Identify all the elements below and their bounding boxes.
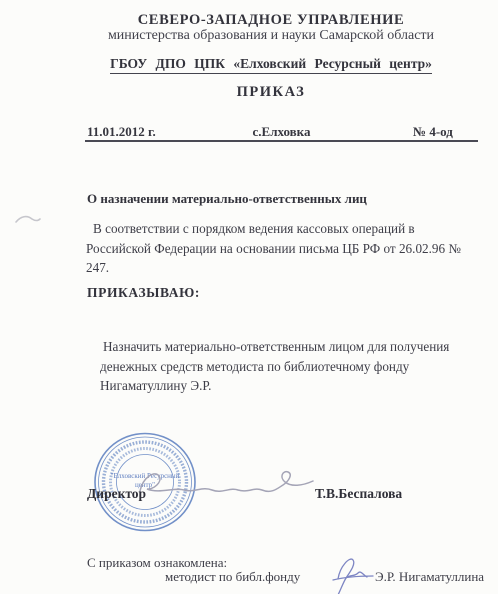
- director-name: Т.В.Беспалова: [315, 486, 402, 502]
- institution-name: ГБОУ ДПО ЦПК «Елховский Ресурсный центр»: [110, 56, 432, 74]
- meta-divider-line: [85, 140, 478, 142]
- order-preamble: В соответствии с порядком ведения кассов…: [86, 219, 470, 278]
- acknowledgement-name: Э.Р. Нигаматуллина: [375, 569, 484, 585]
- management-title: СЕВЕРО-ЗАПАДНОЕ УПРАВЛЕНИЕ: [64, 12, 478, 29]
- ministry-subtitle: министерства образования и науки Самарск…: [64, 28, 478, 44]
- scan-artifact-mark: [14, 213, 42, 227]
- institution-line: ГБОУ ДПО ЦПК «Елховский Ресурсный центр»: [64, 55, 478, 74]
- acknowledgement-role: методист по библ.фонду: [165, 569, 300, 585]
- document-type-title: ПРИКАЗ: [64, 84, 478, 101]
- order-item-text: Назначить материально-ответственным лицо…: [100, 337, 492, 396]
- acknowledgement-signature: [325, 552, 381, 594]
- scanned-order-document: СЕВЕРО-ЗАПАДНОЕ УПРАВЛЕНИЕ министерства …: [0, 0, 498, 594]
- directive-word: ПРИКАЗЫВАЮ:: [87, 285, 200, 301]
- meta-row: 11.01.2012 г. с.Елховка № 4-од: [85, 124, 478, 140]
- director-label: Директор: [87, 486, 146, 502]
- document-number: № 4-од: [413, 124, 453, 140]
- director-signature: [132, 460, 317, 504]
- order-subject: О назначении материально-ответственных л…: [87, 191, 367, 207]
